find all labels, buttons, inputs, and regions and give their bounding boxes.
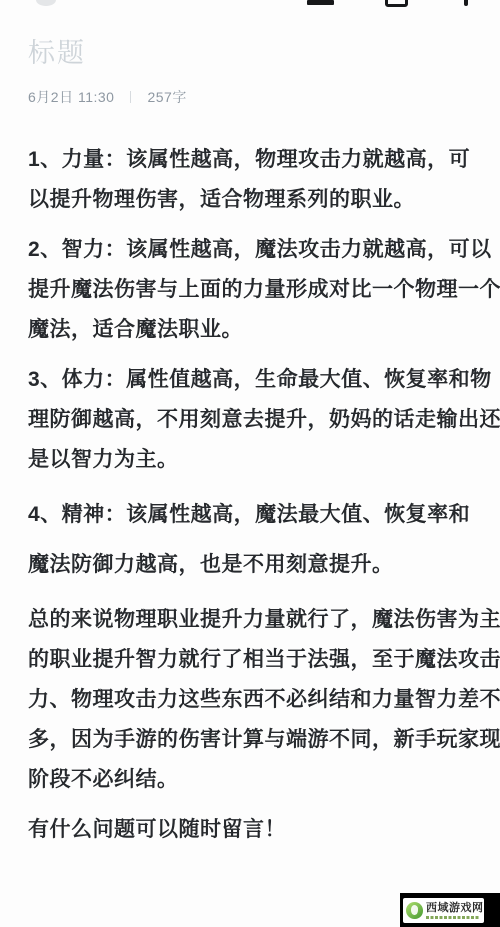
text-line: 2、智力：该属性越高，魔法攻击力就越高，可以 — [28, 230, 472, 270]
meta-divider — [130, 91, 131, 103]
text-line: 魔法防御力越高，也是不用刻意提升。 — [28, 540, 472, 590]
text-line: 有什么问题可以随时留言！ — [28, 810, 472, 850]
note-word-count: 257字 — [147, 87, 186, 107]
back-icon[interactable] — [36, 0, 56, 6]
text-line: 1、力量：该属性越高，物理攻击力就越高，可 — [28, 140, 472, 180]
watermark-card: 西域游戏网 — [403, 898, 484, 923]
note-paragraph: 有什么问题可以随时留言！ — [28, 810, 472, 850]
save-frame-icon[interactable] — [385, 0, 408, 7]
watermark-text: 西域游戏网 — [426, 902, 484, 919]
note-meta: 6月2日 11:30 257字 — [28, 87, 472, 107]
note-body[interactable]: 1、力量：该属性越高，物理攻击力就越高，可 以提升物理伤害，适合物理系列的职业。… — [28, 140, 472, 850]
text-line: 理防御越高，不用刻意去提升，奶妈的话走输出还 — [28, 400, 472, 440]
text-line: 多，因为手游的伤害计算与端游不同，新手玩家现 — [28, 720, 472, 760]
text-line: 3、体力：属性值越高，生命最大值、恢复率和物 — [28, 360, 472, 400]
text-line: 4、精神：该属性越高，魔法最大值、恢复率和 — [28, 490, 472, 540]
site-name: 西域游戏网 — [426, 902, 484, 914]
more-icon[interactable] — [464, 0, 468, 6]
site-url-line — [426, 916, 480, 919]
text-line: 总的来说物理职业提升力量就行了，魔法伤害为主 — [28, 600, 472, 640]
text-line: 魔法，适合魔法职业。 — [28, 310, 472, 350]
note-editor-screen: 标题 6月2日 11:30 257字 1、力量：该属性越高，物理攻击力就越高，可… — [0, 0, 500, 927]
text-line: 阶段不必纠结。 — [28, 760, 472, 800]
note-paragraph: 4、精神：该属性越高，魔法最大值、恢复率和 魔法防御力越高，也是不用刻意提升。 — [28, 490, 472, 590]
note-title-input[interactable]: 标题 — [28, 36, 472, 70]
text-line: 力、物理攻击力这些东西不必纠结和力量智力差不 — [28, 680, 472, 720]
note-paragraph: 总的来说物理职业提升力量就行了，魔法伤害为主 的职业提升智力就行了相当于法强，至… — [28, 600, 472, 800]
toolbar — [0, 0, 500, 12]
text-line: 以提升物理伤害，适合物理系列的职业。 — [28, 180, 472, 220]
text-line: 的职业提升智力就行了相当于法强，至于魔法攻击 — [28, 640, 472, 680]
note-paragraph: 2、智力：该属性越高，魔法攻击力就越高，可以 提升魔法伤害与上面的力量形成对比一… — [28, 230, 472, 350]
note-date: 6月2日 11:30 — [28, 87, 114, 107]
text-line: 提升魔法伤害与上面的力量形成对比一个物理一个 — [28, 270, 472, 310]
note-paragraph: 1、力量：该属性越高，物理攻击力就越高，可 以提升物理伤害，适合物理系列的职业。 — [28, 140, 472, 220]
watermark: 西域游戏网 — [400, 893, 500, 927]
site-logo-icon — [406, 902, 423, 919]
note-paragraph: 3、体力：属性值越高，生命最大值、恢复率和物 理防御越高，不用刻意去提升，奶妈的… — [28, 360, 472, 480]
text-line: 是以智力为主。 — [28, 440, 472, 480]
undo-bar-icon[interactable] — [307, 0, 334, 5]
